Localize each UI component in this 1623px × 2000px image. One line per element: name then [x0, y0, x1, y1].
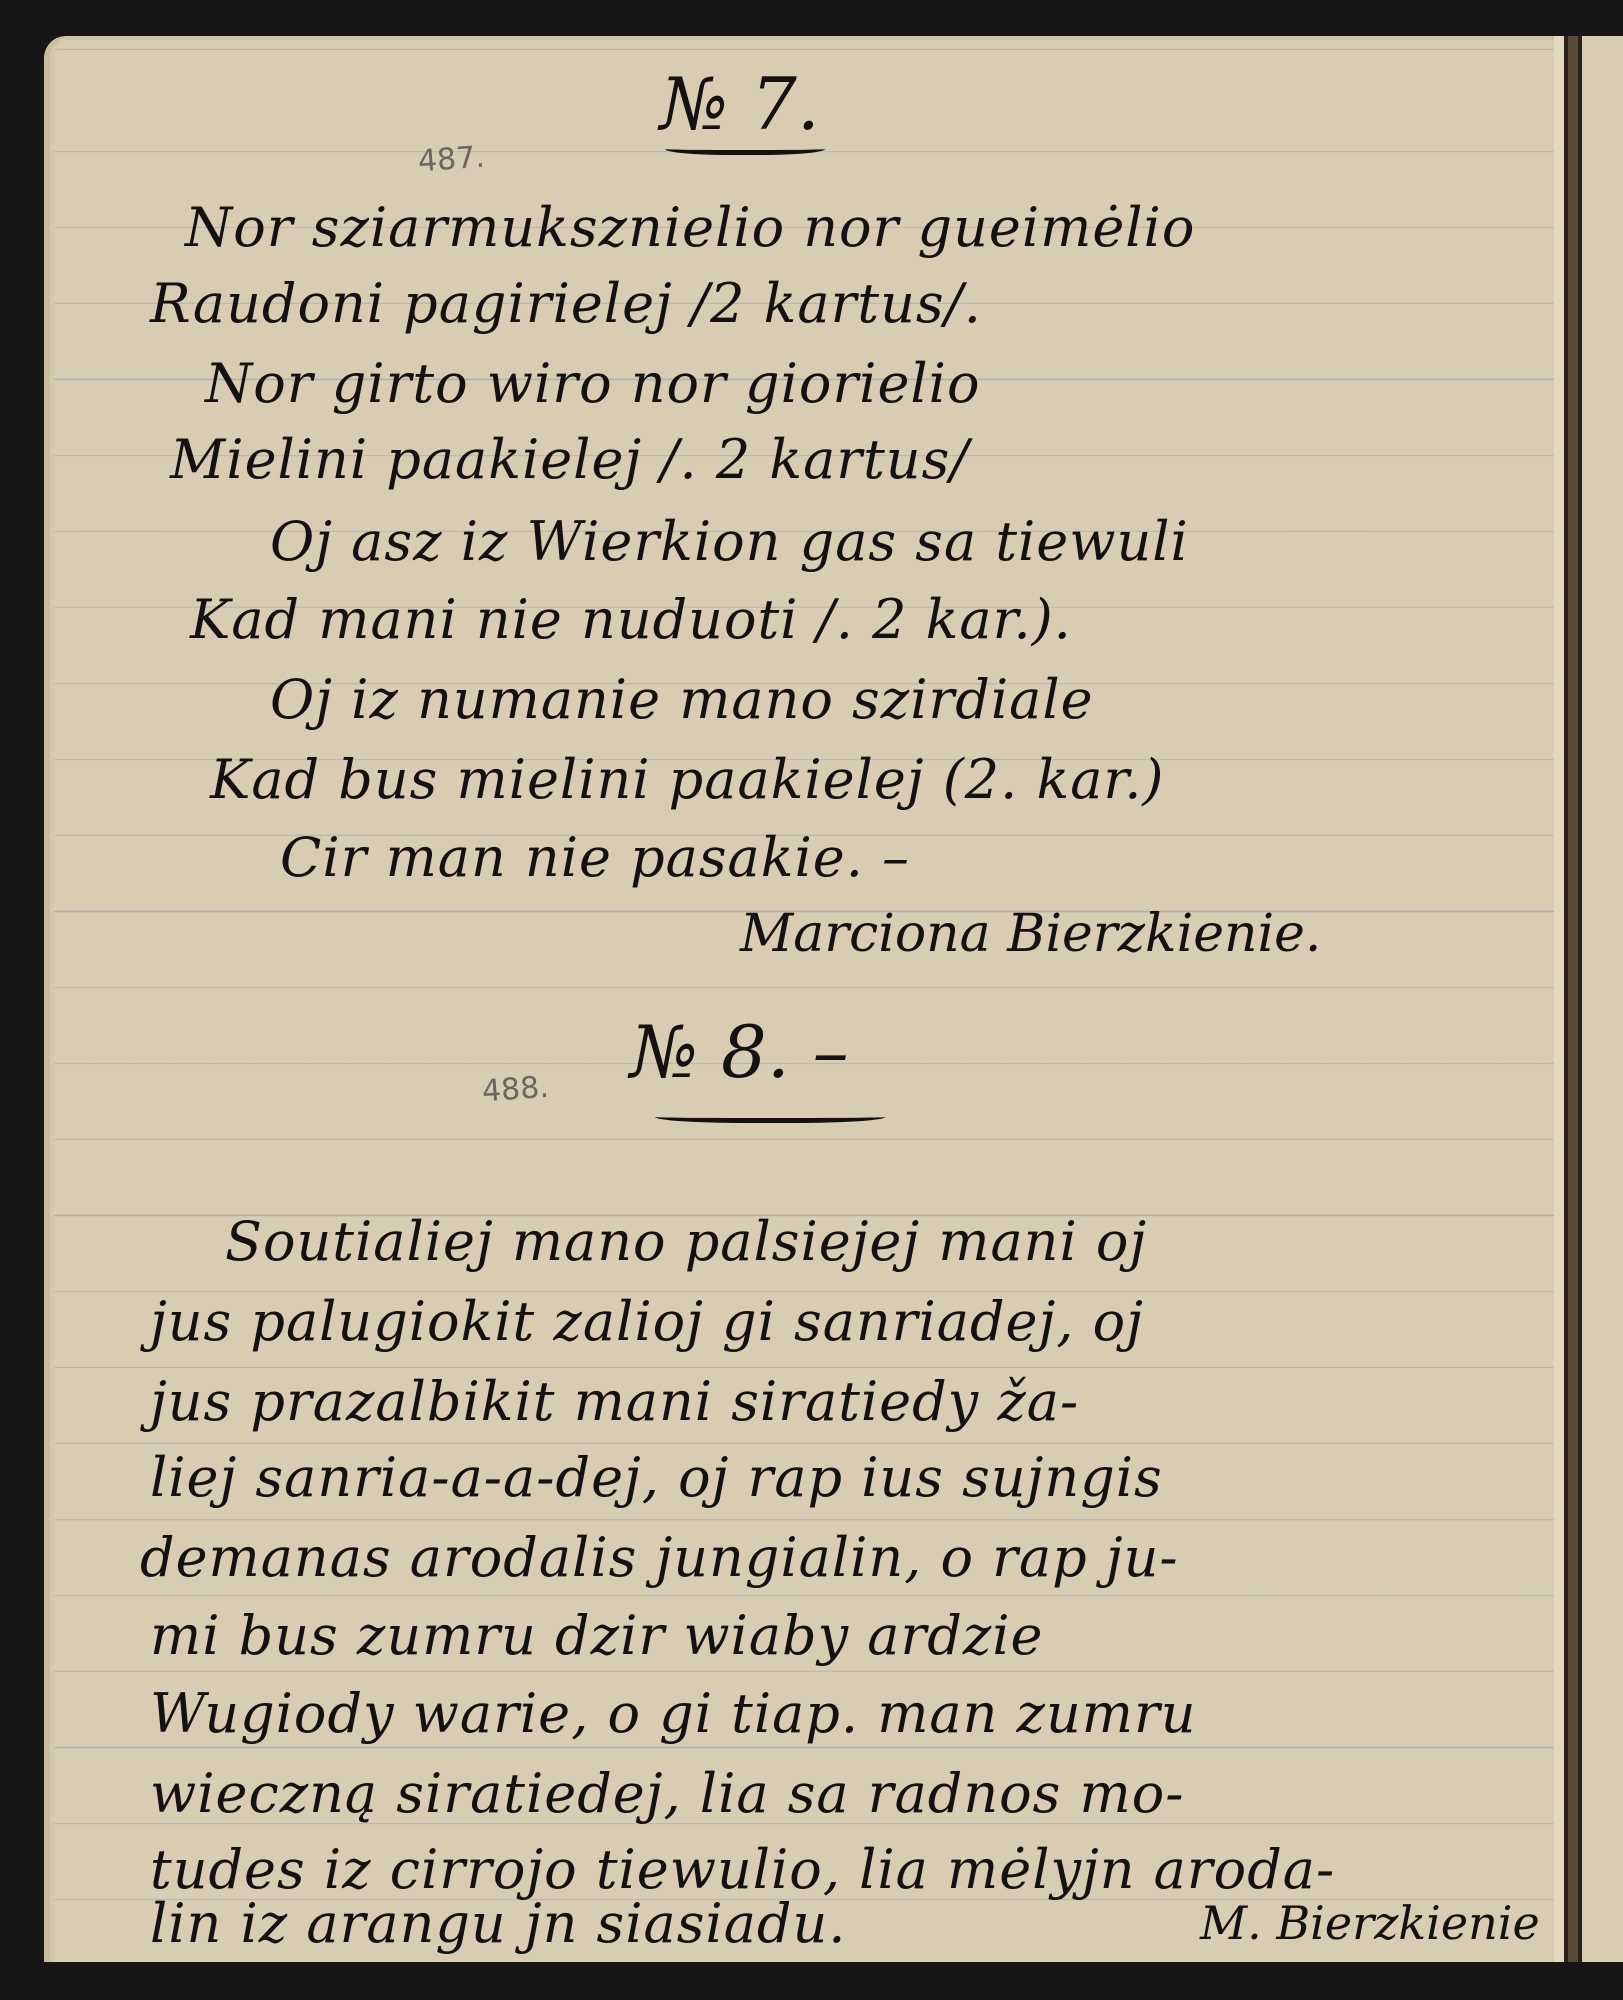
verse-line: Kad mani nie nuduoti /. 2 kar.).: [190, 588, 1072, 651]
verse-line: mi bus zumru dzir wiaby ardzie: [150, 1604, 1044, 1667]
verse-line: lin iz arangu jn siasiadu.: [150, 1892, 846, 1955]
verse-line: Oj iz numanie mano szirdiale: [270, 668, 1094, 731]
verse-line: Mielini paakielej /. 2 kartus/: [170, 428, 969, 491]
next-page-edge: [1582, 36, 1623, 1962]
verse-line: Soutialiej mano palsiejej mani oj: [225, 1210, 1147, 1273]
heading-underline: [665, 140, 825, 155]
verse-line: Wugiody warie, o gi tiap. man zumru: [150, 1682, 1197, 1745]
verse-line: jus prazalbikit mani siratiedy ža-: [150, 1370, 1079, 1433]
verse-line: demanas arodalis jungialin, o rap ju-: [140, 1526, 1179, 1589]
verse-line: Kad bus mielini paakielej (2. kar.): [210, 748, 1165, 811]
signature: M. Bierzkienie: [1200, 1896, 1540, 1950]
binding-spine: [1568, 36, 1578, 1962]
heading-underline: [655, 1108, 885, 1123]
verse-line: Cir man nie pasakie. –: [280, 826, 910, 889]
signature: Marciona Bierzkienie.: [740, 904, 1321, 964]
song-7-heading: № 7.: [660, 62, 820, 146]
verse-line: Raudoni pagirielej /2 kartus/.: [150, 272, 982, 335]
verse-line: Nor sziarmuksznielio nor gueimėlio: [185, 196, 1195, 259]
archive-number: 487.: [417, 140, 486, 180]
verse-line: wieczną siratiedej, lia sa radnos mo-: [150, 1762, 1184, 1825]
archive-number: 488.: [481, 1070, 550, 1110]
page-edge: [1554, 36, 1564, 1962]
verse-line: liej sanria-a-a-dej, oj rap ius sujngis: [150, 1446, 1163, 1509]
verse-line: Nor girto wiro nor giorielio: [205, 352, 980, 415]
verse-line: jus palugiokit zalioj gi sanriadej, oj: [150, 1290, 1144, 1353]
verse-line: Oj asz iz Wierkion gas sa tiewuli: [270, 510, 1189, 573]
song-8-heading: № 8. –: [630, 1010, 849, 1094]
